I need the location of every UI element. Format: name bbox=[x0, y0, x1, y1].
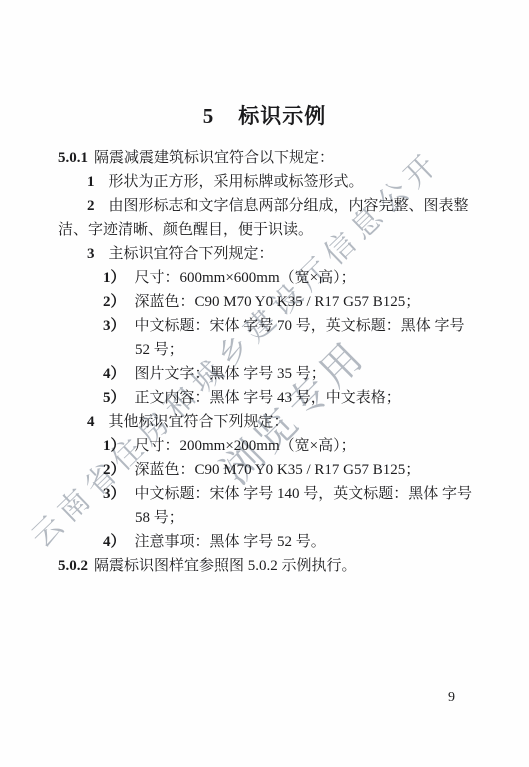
subitem-number: 4） bbox=[103, 534, 126, 550]
subitem-3-5: 5）正文内容：黑体 字号 43 号，中文表格； bbox=[58, 386, 472, 410]
item-number: 2 bbox=[87, 198, 95, 214]
subitem-number: 4） bbox=[103, 366, 126, 382]
subitem-text: 图片文字：黑体 字号 35 号； bbox=[135, 366, 326, 382]
subitem-3-3: 3）中文标题：宋体 字号 70 号，英文标题：黑体 字号 bbox=[58, 314, 472, 338]
item-1: 1形状为正方形，采用标牌或标签形式。 bbox=[58, 170, 472, 194]
subitem-3-3-continuation: 52 号； bbox=[58, 338, 472, 362]
subitem-number: 5） bbox=[103, 390, 126, 406]
subitem-4-2: 2）深蓝色：C90 M70 Y0 K35 / R17 G57 B125； bbox=[58, 458, 472, 482]
subitem-number: 3） bbox=[103, 318, 126, 334]
subitem-text: 深蓝色：C90 M70 Y0 K35 / R17 G57 B125； bbox=[135, 294, 421, 310]
item-text: 主标识宜符合下列规定： bbox=[109, 246, 274, 262]
document-page: 云南省住房和城乡建设厅信息公开 浏览专用 5标识示例 5.0.1隔震减震建筑标识… bbox=[0, 0, 529, 767]
clause-5-0-1: 5.0.1隔震减震建筑标识宜符合以下规定： bbox=[58, 146, 472, 170]
subitem-text: 深蓝色：C90 M70 Y0 K35 / R17 G57 B125； bbox=[135, 462, 421, 478]
item-text: 其他标识宜符合下列规定： bbox=[109, 414, 289, 430]
subitem-4-1: 1）尺寸：200mm×200mm（宽×高）； bbox=[58, 434, 472, 458]
subitem-text: 注意事项：黑体 字号 52 号。 bbox=[135, 534, 326, 550]
item-number: 4 bbox=[87, 414, 95, 430]
clause-number: 5.0.1 bbox=[58, 150, 88, 166]
subitem-3-1: 1）尺寸：600mm×600mm（宽×高）； bbox=[58, 266, 472, 290]
item-3: 3主标识宜符合下列规定： bbox=[58, 242, 472, 266]
item-text: 洁、字迹清晰、颜色醒目，便于识读。 bbox=[58, 222, 313, 238]
subitem-4-4: 4）注意事项：黑体 字号 52 号。 bbox=[58, 530, 472, 554]
item-2-continuation: 洁、字迹清晰、颜色醒目，便于识读。 bbox=[58, 218, 472, 242]
clause-number: 5.0.2 bbox=[58, 558, 88, 574]
subitem-text: 尺寸：200mm×200mm（宽×高）； bbox=[135, 438, 356, 454]
subitem-number: 1） bbox=[103, 270, 126, 286]
item-number: 3 bbox=[87, 246, 95, 262]
page-number: 9 bbox=[448, 690, 455, 706]
clause-text: 隔震标识图样宜参照图 5.0.2 示例执行。 bbox=[94, 558, 357, 574]
subitem-4-3-continuation: 58 号； bbox=[58, 506, 472, 530]
subitem-number: 2） bbox=[103, 462, 126, 478]
subitem-number: 1） bbox=[103, 438, 126, 454]
subitem-text: 52 号； bbox=[135, 342, 184, 358]
subitem-text: 尺寸：600mm×600mm（宽×高）； bbox=[135, 270, 356, 286]
item-text: 由图形标志和文字信息两部分组成，内容完整、图表整 bbox=[109, 198, 469, 214]
item-number: 1 bbox=[87, 174, 95, 190]
chapter-number: 5 bbox=[203, 104, 215, 128]
subitem-number: 2） bbox=[103, 294, 126, 310]
subitem-3-2: 2）深蓝色：C90 M70 Y0 K35 / R17 G57 B125； bbox=[58, 290, 472, 314]
clause-text: 隔震减震建筑标识宜符合以下规定： bbox=[94, 150, 334, 166]
item-4: 4其他标识宜符合下列规定： bbox=[58, 410, 472, 434]
body-text: 5.0.1隔震减震建筑标识宜符合以下规定： 1形状为正方形，采用标牌或标签形式。… bbox=[58, 146, 472, 578]
subitem-text: 中文标题：宋体 字号 140 号，英文标题：黑体 字号 bbox=[135, 486, 473, 502]
clause-5-0-2: 5.0.2隔震标识图样宜参照图 5.0.2 示例执行。 bbox=[58, 554, 472, 578]
subitem-number: 3） bbox=[103, 486, 126, 502]
subitem-4-3: 3）中文标题：宋体 字号 140 号，英文标题：黑体 字号 bbox=[58, 482, 472, 506]
subitem-text: 58 号； bbox=[135, 510, 184, 526]
chapter-title-text: 标识示例 bbox=[238, 104, 326, 128]
item-text: 形状为正方形，采用标牌或标签形式。 bbox=[109, 174, 364, 190]
item-2: 2由图形标志和文字信息两部分组成，内容完整、图表整 bbox=[58, 194, 472, 218]
subitem-text: 中文标题：宋体 字号 70 号，英文标题：黑体 字号 bbox=[135, 318, 465, 334]
subitem-3-4: 4）图片文字：黑体 字号 35 号； bbox=[58, 362, 472, 386]
subitem-text: 正文内容：黑体 字号 43 号，中文表格； bbox=[135, 390, 401, 406]
chapter-title: 5标识示例 bbox=[0, 100, 529, 130]
